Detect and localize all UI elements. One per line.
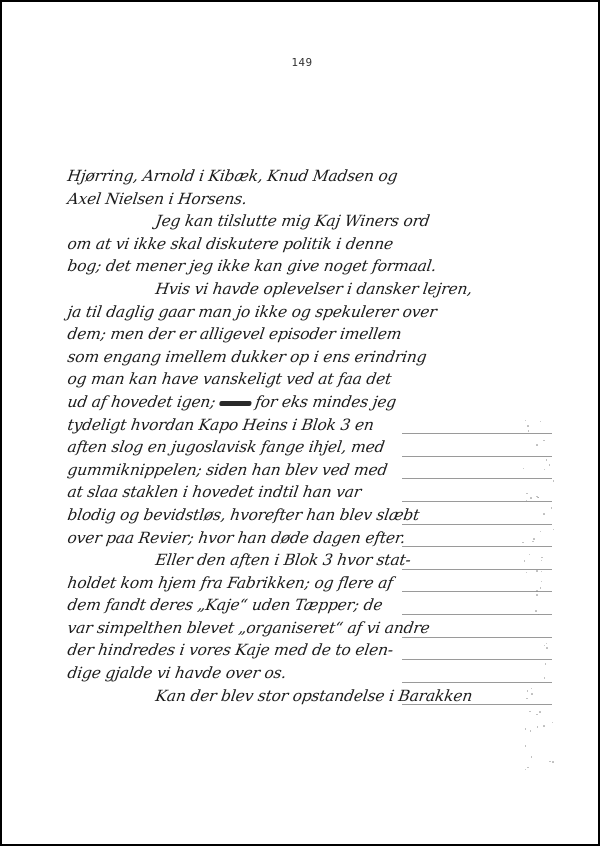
scan-speckle [551,507,553,509]
line-text: ja til daglig gaar man jo ikke og spekul… [66,303,437,321]
line-text: og man kan have vanskeligt ved at faa de… [66,370,392,388]
line-text: for eks mindes jeg [254,393,397,411]
manuscript-line: Hjørring, Arnold i Kibæk, Knud Madsen og [66,165,559,188]
scan-speckle [537,726,539,728]
scan-speckle [552,761,554,763]
line-text: Hvis vi havde oplevelser i dansker lejre… [154,280,473,298]
ruled-line [402,614,552,615]
line-text: om at vi ikke skal diskutere politik i d… [66,235,394,253]
line-text: dem fandt deres „Kaje“ uden Tæpper; de [66,596,383,614]
ruled-line [402,478,552,479]
scan-speckle [525,769,527,771]
line-text: Jeg kan tilslutte mig Kaj Winers ord [154,212,430,230]
scan-speckle [543,440,545,442]
manuscript-line: ja til daglig gaar man jo ikke og spekul… [66,301,559,324]
scan-speckle [527,425,529,427]
line-text: Kan der blev stor opstandelse i Barakken [154,687,473,705]
line-text: tydeligt hvordan Kapo Heins i Blok 3 en [66,416,375,434]
page-number: 149 [2,56,600,69]
scan-speckle [525,745,527,747]
line-text: over paa Revier; hvor han døde dagen eft… [66,529,406,547]
manuscript-line: bog; det mener jeg ikke kan give noget f… [66,255,559,278]
scan-speckle [541,557,543,559]
line-text: gummiknippelen; siden han blev ved med [66,461,388,479]
ruled-line [402,659,552,660]
ruled-line [402,501,552,502]
scan-speckle [549,761,551,763]
scan-speckle [533,538,535,540]
ruled-line [402,569,552,570]
scan-speckle [530,497,532,499]
scan-speckle [543,725,545,727]
manuscript-line: og man kan have vanskeligt ved at faa de… [66,368,559,391]
line-text: holdet kom hjem fra Fabrikken; og flere … [66,574,394,592]
scan-speckle [522,542,524,544]
ruled-line [402,456,552,457]
line-text: aften slog en jugoslavisk fange ihjel, m… [66,438,385,456]
scan-speckle [526,698,528,700]
scan-speckle [536,594,538,596]
scan-speckle [527,767,529,769]
manuscript-line: Axel Nielsen i Horsens. [66,188,559,211]
scanned-page: 149 Hjørring, Arnold i Kibæk, Knud Madse… [0,0,600,846]
scan-speckle [531,693,533,695]
crossed-out-word [219,400,252,405]
scan-speckle [526,493,528,495]
scan-speckle [536,590,538,592]
scan-speckle [553,480,555,482]
ruled-line [402,524,552,525]
line-text: bog; det mener jeg ikke kan give noget f… [66,257,437,275]
scan-speckle [525,728,527,730]
line-text: Eller den aften i Blok 3 hvor stat- [154,551,412,569]
manuscript-line: Hvis vi havde oplevelser i dansker lejre… [66,278,559,301]
scan-speckle [546,647,548,649]
line-text: Axel Nielsen i Horsens. [66,190,248,208]
line-text: at slaa staklen i hovedet indtil han var [66,483,362,501]
line-text: ud af hovedet igen; [66,393,216,411]
manuscript-line: dem; men der er alligevel episoder imell… [66,323,559,346]
ruled-line [402,591,552,592]
manuscript-line: ud af hovedet igen;for eks mindes jeg [66,391,559,414]
line-text: dige gjalde vi havde over os. [66,664,287,682]
ruled-line [402,682,552,683]
scan-speckle [535,610,537,612]
scan-speckle [530,730,532,732]
scan-speckle [543,513,545,515]
scan-speckle [525,420,527,422]
scan-speckle [529,711,531,713]
line-text: dem; men der er alligevel episoder imell… [66,325,402,343]
ruled-line [402,433,552,434]
line-text: som engang imellem dukker op i ens erind… [66,348,427,366]
scan-speckle [552,722,554,724]
scan-speckle [528,430,530,432]
scan-speckle [532,541,534,543]
scan-speckle [539,711,541,713]
line-text: Hjørring, Arnold i Kibæk, Knud Madsen og [66,167,398,185]
line-text: blodig og bevidstløs, hvorefter han blev… [66,506,420,524]
line-text: der hindredes i vores Kaje med de to ele… [66,641,394,659]
manuscript-line: om at vi ikke skal diskutere politik i d… [66,233,559,256]
scan-speckle [531,756,533,758]
scan-speckle [536,570,538,572]
ruled-line [402,546,552,547]
manuscript-line: som engang imellem dukker op i ens erind… [66,346,559,369]
line-text: var simpelthen blevet „organiseret“ af v… [66,619,430,637]
scan-speckle [536,714,538,716]
ruled-line [402,704,552,705]
scan-speckle [536,444,538,446]
scan-speckle [545,663,547,665]
ruled-line [402,637,552,638]
handwritten-manuscript: Hjørring, Arnold i Kibæk, Knud Madsen og… [66,165,556,707]
scan-speckle [524,560,526,562]
manuscript-line: Jeg kan tilslutte mig Kaj Winers ord [66,210,559,233]
